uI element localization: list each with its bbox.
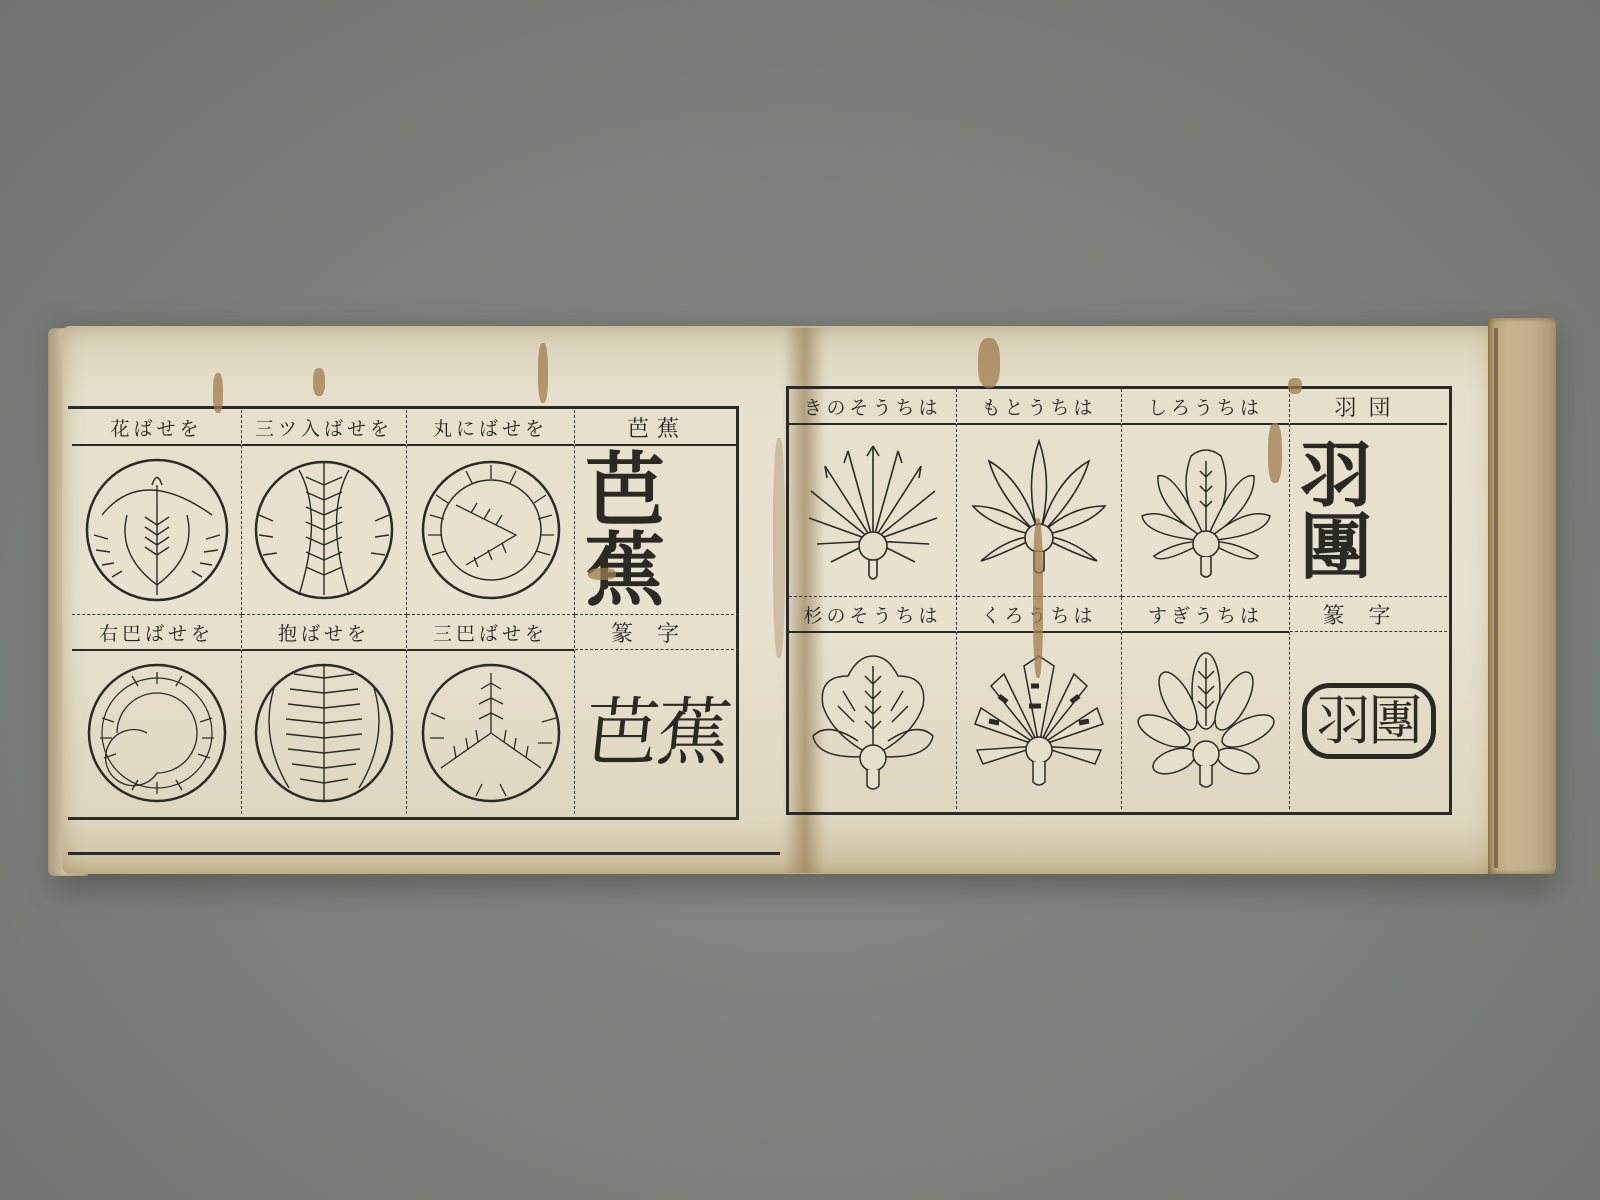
banana-leaf-crest-icon <box>72 651 241 814</box>
wormhole-stain <box>313 368 325 396</box>
crest-cell: 三巴ばせを <box>407 615 575 814</box>
seal-script-block: 羽團 <box>1290 425 1447 596</box>
seal-caption: 篆字 <box>575 615 739 650</box>
crest-cell: しろうちは <box>1122 389 1290 597</box>
crest-cell: 丸にばせを <box>407 410 575 615</box>
open-book: 花ばせを 三ツ入ばせを 丸にばせを 芭蕉 芭蕉 右巴ばせを <box>48 318 1553 878</box>
crest-cell: 右巴ばせを <box>72 615 242 814</box>
feather-fan-crest-icon <box>1122 633 1289 809</box>
seal-text: 芭蕉 <box>575 444 739 616</box>
wormhole-stain <box>538 343 548 403</box>
title-label: 羽団 <box>1290 389 1447 425</box>
crest-label: すぎうちは <box>1122 597 1289 633</box>
crest-label: 右巴ばせを <box>72 615 241 651</box>
seal-text: 芭蕉 <box>570 690 743 776</box>
crest-label: もとうちは <box>957 389 1121 425</box>
wormhole-stain <box>588 568 616 580</box>
crest-cell: きのそうちは <box>789 389 957 597</box>
seal-script-block: 芭蕉 <box>575 446 739 614</box>
wormhole-stain <box>213 373 223 413</box>
right-crest-grid: きのそうちは もとうちは しろうちは 羽団 羽團 杉のそうちは <box>789 389 1447 809</box>
title-cell: 羽団 羽團 <box>1290 389 1447 597</box>
feather-fan-crest-icon <box>789 425 956 596</box>
left-bottom-rule <box>68 852 780 855</box>
wormhole-crack <box>1033 518 1043 678</box>
right-cover <box>1488 318 1556 874</box>
banana-leaf-crest-icon <box>242 651 406 814</box>
banana-leaf-crest-icon <box>72 446 241 614</box>
crest-cell: 杉のそうちは <box>789 597 957 809</box>
seal-text: 羽團 <box>1302 683 1436 759</box>
wormhole-stain <box>978 338 1000 388</box>
feather-fan-crest-icon <box>1122 425 1289 596</box>
banana-leaf-crest-icon <box>407 651 574 814</box>
crest-label: きのそうちは <box>789 389 956 425</box>
title-cell: 芭蕉 芭蕉 <box>575 410 739 615</box>
crest-label: しろうちは <box>1122 389 1289 425</box>
banana-leaf-crest-icon <box>242 446 406 614</box>
seal-script-block: 羽團 <box>1290 633 1447 809</box>
crest-label: 抱ばせを <box>242 615 406 651</box>
crest-cell: 花ばせを <box>72 410 242 615</box>
crest-cell: 抱ばせを <box>242 615 407 814</box>
crest-label: 花ばせを <box>72 410 241 446</box>
title-cell-seal: 篆字 羽團 <box>1290 597 1447 809</box>
title-cell-seal: 篆字 芭蕉 <box>575 615 739 814</box>
crest-label: 三巴ばせを <box>407 615 574 651</box>
crest-cell: 三ツ入ばせを <box>242 410 407 615</box>
gutter-damage <box>773 438 785 658</box>
banana-leaf-crest-icon <box>407 446 574 614</box>
spine-edge <box>1494 328 1498 868</box>
crest-cell: すぎうちは <box>1122 597 1290 809</box>
wormhole-stain <box>1288 378 1302 394</box>
seal-caption: 篆字 <box>1290 597 1447 632</box>
seal-script-block: 芭蕉 <box>575 651 739 814</box>
crest-label: 丸にばせを <box>407 410 574 446</box>
feather-fan-crest-icon <box>789 633 956 809</box>
crest-label: 杉のそうちは <box>789 597 956 633</box>
seal-text: 羽團 <box>1290 433 1447 589</box>
wormhole-stain <box>1268 423 1282 483</box>
crest-label: 三ツ入ばせを <box>242 410 406 446</box>
title-label: 芭蕉 <box>575 410 739 446</box>
left-crest-grid: 花ばせを 三ツ入ばせを 丸にばせを 芭蕉 芭蕉 右巴ばせを <box>72 410 739 814</box>
